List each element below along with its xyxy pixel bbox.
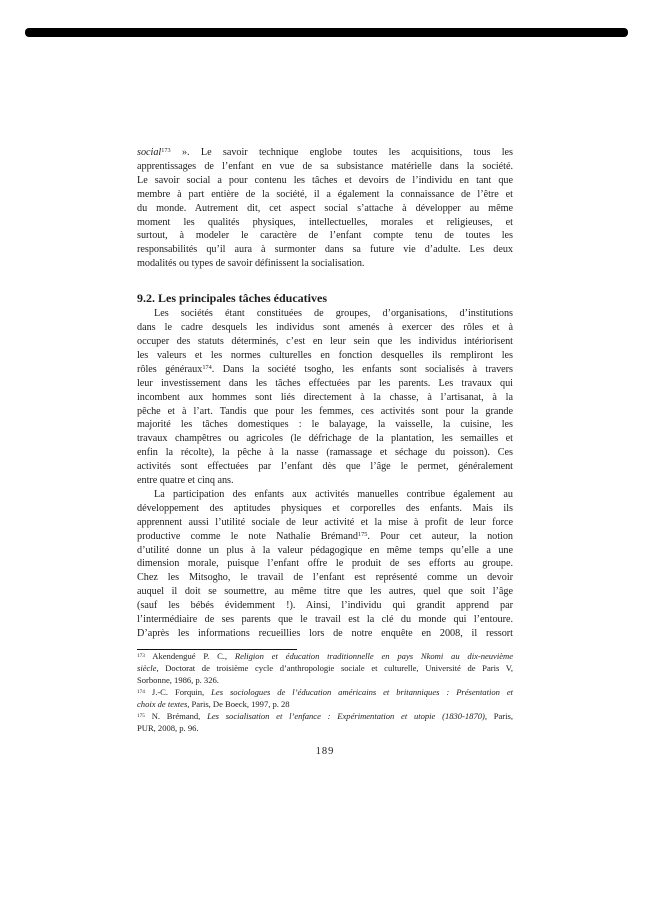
text-line: du monde. Autrement dit, cet aspect soci… (137, 202, 513, 216)
document-page: social173 ». Le savoir technique englobe… (0, 0, 650, 920)
text-line: choix de textes, Paris, De Boeck, 1997, … (137, 698, 513, 710)
text-line: Sorbonne, 1986, p. 326. (137, 674, 513, 686)
text-line: pêche et à l’art. Tandis que pour les fe… (137, 405, 513, 419)
text-line: responsabilités qu’il aura à surmonter d… (137, 243, 513, 257)
text-line: d’utilité donne un plus à la valeur péda… (137, 544, 513, 558)
section-heading: 9.2. Les principales tâches éducatives (137, 291, 513, 306)
text-line: incombent aux hommes sont liés directeme… (137, 391, 513, 405)
paragraph: Les sociétés étant constituées de groupe… (137, 307, 513, 488)
text-line: dimension morale, puisque l’enfant offre… (137, 557, 513, 571)
text-line: modalités ou types de savoir définissent… (137, 257, 513, 271)
text-line: apprennent aussi l’utilité sociale de le… (137, 516, 513, 530)
text-line: social173 ». Le savoir technique englobe… (137, 146, 513, 160)
text-line: entre quatre et cinq ans. (137, 474, 513, 488)
page-number: 189 (0, 746, 650, 757)
text-line: l’intermédiaire de ses parents que le tr… (137, 613, 513, 627)
text-line: travaux champêtres ou agricoles (le défr… (137, 432, 513, 446)
paragraph: La participation des enfants aux activit… (137, 488, 513, 641)
text-line: rôles généraux174. Dans la société tsogh… (137, 363, 513, 377)
text-line: occuper des statuts déterminés, c’est en… (137, 335, 513, 349)
text-line: Le savoir social a pour contenu les tâch… (137, 174, 513, 188)
text-line: les valeurs et les normes culturelles en… (137, 349, 513, 363)
text-line: Les sociétés étant constituées de groupe… (137, 307, 513, 321)
text-line: enfin la récolte), la pêche à la nasse (… (137, 446, 513, 460)
text-column: social173 ». Le savoir technique englobe… (137, 146, 513, 734)
text-line: 173 Akendengué P. C., Religion et éducat… (137, 650, 513, 662)
paragraph: social173 ». Le savoir technique englobe… (137, 146, 513, 271)
text-line: D’après les informations recueillies lor… (137, 627, 513, 641)
text-line: productive comme le note Nathalie Bréman… (137, 530, 513, 544)
text-line: surtout, à modeler le caractère de l’enf… (137, 229, 513, 243)
text-line: 175 N. Brémand, Les socialisation et l’e… (137, 710, 513, 722)
text-line: membre à part entière de la société, il … (137, 188, 513, 202)
footnote: 173 Akendengué P. C., Religion et éducat… (137, 650, 513, 686)
text-line: majorité les tâches domestiques : le bal… (137, 418, 513, 432)
text-line: siècle, Doctorat de troisième cycle d’an… (137, 662, 513, 674)
text-line: 174 J.-C. Forquin, Les sociologues de l’… (137, 686, 513, 698)
text-line: PUR, 2008, p. 96. (137, 722, 513, 734)
text-line: La participation des enfants aux activit… (137, 488, 513, 502)
footnote: 174 J.-C. Forquin, Les sociologues de l’… (137, 686, 513, 710)
footnote: 175 N. Brémand, Les socialisation et l’e… (137, 710, 513, 734)
text-line: développement des aptitudes physiques et… (137, 502, 513, 516)
text-line: activités sont effectuées par l’enfant d… (137, 460, 513, 474)
text-line: auquel il doit se soumettre, au même tit… (137, 585, 513, 599)
text-line: (sauf les bébés évidemment !). Ainsi, l’… (137, 599, 513, 613)
text-line: apprentissages de l’enfant en vue de sa … (137, 160, 513, 174)
text-line: dans le cadre desquels les individus son… (137, 321, 513, 335)
text-line: leur investissement dans les tâches effe… (137, 377, 513, 391)
text-line: moment les qualités physiques, intellect… (137, 216, 513, 230)
scan-artifact-bar (25, 28, 628, 37)
text-line: Chez les Mitsogho, le travail de l’enfan… (137, 571, 513, 585)
